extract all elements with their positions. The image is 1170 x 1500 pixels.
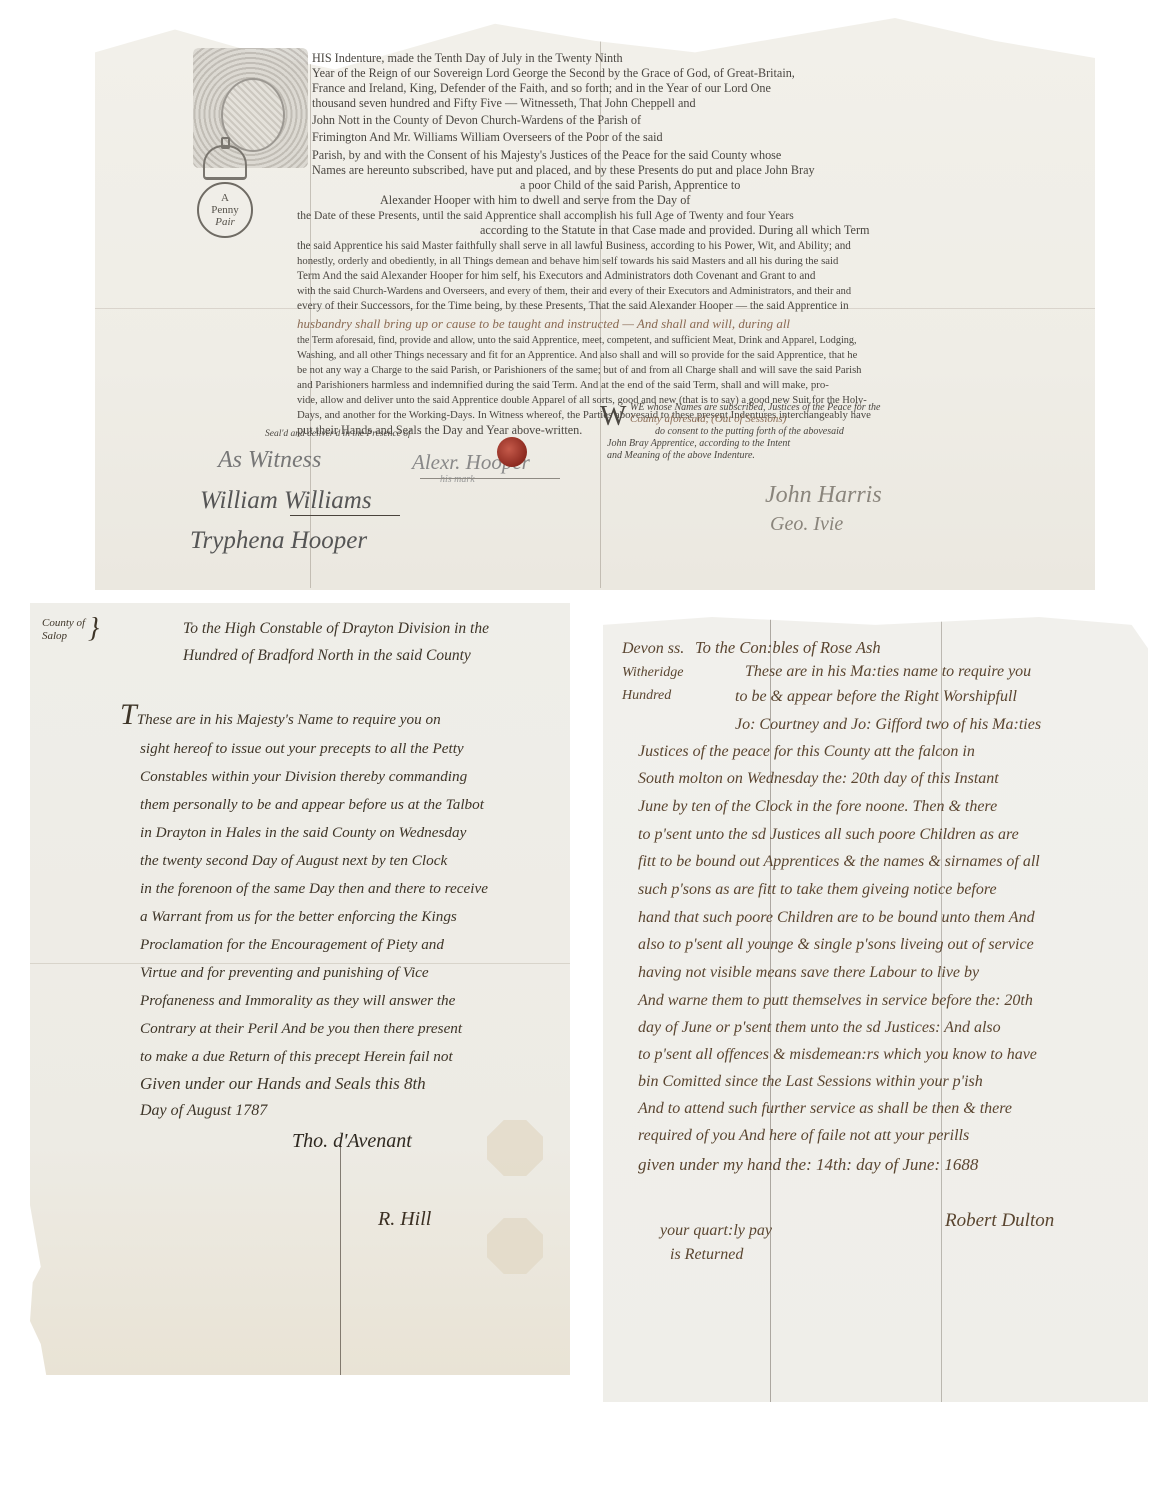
- order-margin-hundred: Witheridge: [622, 665, 683, 681]
- indenture-line: the Term aforesaid, find, provide and al…: [297, 333, 857, 348]
- order-body-line: day of June or p'sent them unto the sd J…: [638, 1019, 1001, 1037]
- address-line: To the High Constable of Drayton Divisio…: [183, 620, 489, 638]
- constable-signature: Robert Dulton: [945, 1210, 1054, 1232]
- indenture-line: honestly, orderly and obediently, in all…: [297, 254, 838, 269]
- paper-wafer-seal: [487, 1120, 543, 1176]
- indenture-line: according to the Statute in that Case ma…: [480, 223, 870, 238]
- order-body-line: Justices of the peace for this County at…: [638, 743, 975, 761]
- order-margin-county: Devon ss.: [622, 640, 684, 658]
- precept-body-line: them personally to be and appear before …: [140, 796, 484, 814]
- indenture-line-handwritten: husbandry shall bring up or cause to be …: [297, 316, 790, 331]
- indenture-line: be not any way a Charge to the said Pari…: [297, 363, 861, 378]
- order-body-line: such p'sons as are fitt to take them giv…: [638, 881, 997, 899]
- order-footer-note: is Returned: [670, 1246, 743, 1264]
- indenture-line: and Parishioners harmless and indemnifie…: [297, 378, 829, 393]
- precept-body-line: a Warrant from us for the better enforci…: [140, 908, 457, 926]
- justice-signature: Tho. d'Avenant: [292, 1130, 412, 1153]
- order-body-line: to p'sent unto the sd Justices all such …: [638, 826, 1019, 844]
- precept-body-line: Virtue and for preventing and punishing …: [140, 964, 429, 982]
- precept-body-line: to make a due Return of this precept Her…: [140, 1048, 453, 1066]
- indenture-line: every of their Successors, for the Time …: [297, 299, 849, 314]
- order-body-line: June by ten of the Clock in the fore noo…: [638, 798, 997, 816]
- indenture-line: Year of the Reign of our Sovereign Lord …: [312, 66, 795, 81]
- precept-body-line: Proclamation for the Encouragement of Pi…: [140, 936, 444, 954]
- signature-line: [420, 478, 560, 479]
- precept-body-line: TThese are in his Majesty's Name to requ…: [120, 698, 441, 732]
- justice-signature: R. Hill: [378, 1208, 431, 1231]
- precept-date-line: Day of August 1787: [140, 1102, 267, 1120]
- indenture-line: the said Apprentice his said Master fait…: [297, 239, 851, 254]
- precept-body-line: Contrary at their Peril And be you then …: [140, 1020, 462, 1038]
- stamp-circle: A Penny Pair: [197, 182, 253, 238]
- county-heading: County of Salop: [42, 617, 87, 643]
- justices-drop-cap: W: [600, 402, 626, 432]
- brace-icon: }: [88, 613, 99, 645]
- indenture-line: with the said Church-Wardens and Oversee…: [297, 284, 851, 299]
- order-body-line: And warne them to putt themselves in ser…: [638, 992, 1033, 1010]
- order-body-line: required of you And here of faile not at…: [638, 1127, 969, 1145]
- order-body-line: Jo: Courtney and Jo: Gifford two of his …: [735, 716, 1041, 734]
- sealed-delivered-label: Seal'd and deliver'd in the Presence of: [265, 427, 411, 442]
- indenture-line: Parish, by and with the Consent of his M…: [312, 148, 781, 163]
- indenture-line: Names are hereunto subscribed, have put …: [312, 163, 815, 178]
- witness-signature: Tryphena Hooper: [190, 527, 367, 555]
- indenture-line: a poor Child of the said Parish, Apprent…: [520, 178, 740, 193]
- order-footer-note: your quart:ly pay: [660, 1222, 772, 1240]
- order-body-line: And to attend such further service as sh…: [638, 1100, 1012, 1118]
- witness-heading: As Witness: [218, 447, 321, 474]
- indenture-line: John Nott in the County of Devon Church-…: [312, 113, 641, 128]
- indenture-line: Term And the said Alexander Hooper for h…: [297, 269, 815, 284]
- indenture-line: Alexander Hooper with him to dwell and s…: [380, 193, 690, 208]
- indenture-line: thousand seven hundred and Fifty Five — …: [312, 96, 696, 111]
- indenture-line: Frimington And Mr. Williams William Over…: [312, 130, 663, 145]
- order-body-line: fitt to be bound out Apprentices & the n…: [638, 853, 1040, 871]
- paper-wafer-seal: [487, 1218, 543, 1274]
- justice-signature: John Harris: [765, 482, 882, 509]
- order-date-line: given under my hand the: 14th: day of Ju…: [638, 1155, 978, 1175]
- order-body-line: South molton on Wednesday the: 20th day …: [638, 770, 999, 788]
- precept-body-line: sight hereof to issue out your precepts …: [140, 740, 464, 758]
- precept-body-line: in the forenoon of the same Day then and…: [140, 880, 488, 898]
- order-body-line: also to p'sent all younge & single p'son…: [638, 936, 1034, 954]
- precept-body-line: Profaneness and Immorality as they will …: [140, 992, 455, 1010]
- order-margin-hundred: Hundred: [622, 688, 671, 704]
- red-wax-seal: [497, 437, 527, 467]
- order-body-line: having not visible means save there Labo…: [638, 964, 979, 982]
- precept-body-line: Constables within your Division thereby …: [140, 768, 467, 786]
- address-line: Hundred of Bradford North in the said Co…: [183, 647, 471, 665]
- order-address: To the Con:bles of Rose Ash: [695, 638, 881, 658]
- order-body-line: to be & appear before the Right Worshipf…: [735, 688, 1017, 706]
- indenture-line: France and Ireland, King, Defender of th…: [312, 81, 771, 96]
- tear-line: [340, 1143, 341, 1375]
- precept-body-line: in Drayton in Hales in the said County o…: [140, 824, 466, 842]
- witness-signature: William Williams: [200, 487, 372, 515]
- order-body-line: These are in his Ma:ties name to require…: [745, 663, 1031, 681]
- precept-body-line: Given under our Hands and Seals this 8th: [140, 1074, 426, 1094]
- justice-signature: Geo. Ivie: [770, 513, 843, 536]
- order-body-line: to p'sent all offences & misdemean:rs wh…: [638, 1046, 1037, 1064]
- order-body-line: hand that such poore Children are to be …: [638, 909, 1035, 927]
- precept-body-line: the twenty second Day of August next by …: [140, 852, 447, 870]
- drop-cap-flourish: T: [120, 698, 137, 731]
- master-mark-label: his mark: [440, 474, 475, 485]
- signature-underline: [290, 515, 400, 516]
- indenture-line: HIS Indenture, made the Tenth Day of Jul…: [312, 51, 623, 66]
- order-body-line: bin Comitted since the Last Sessions wit…: [638, 1073, 983, 1091]
- penny-pair-tax-stamp: A Penny Pair: [195, 145, 255, 238]
- crown-icon: [203, 145, 247, 180]
- indenture-line: the Date of these Presents, until the sa…: [297, 208, 794, 223]
- indenture-line: Washing, and all other Things necessary …: [297, 348, 857, 363]
